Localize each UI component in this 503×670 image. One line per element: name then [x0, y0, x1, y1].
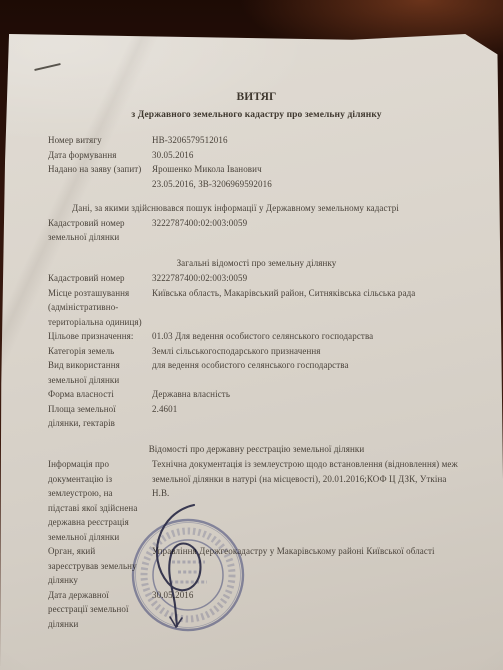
- field-label: Вид використання земельної ділянки: [48, 358, 152, 387]
- search-section-heading: Дані, за якими здійснювався пошук інформ…: [48, 201, 465, 216]
- field-row-area: Площа земельної ділянки, гектарів 2.4601: [48, 402, 465, 431]
- general-section-heading: Загальні відомості про земельну ділянку: [48, 256, 465, 271]
- field-label: Кадастровий номер земельної ділянки: [48, 216, 152, 245]
- seal-outer-ring: [133, 520, 243, 630]
- field-label: Категорія земель: [48, 344, 152, 359]
- field-label: Цільове призначення:: [48, 329, 152, 344]
- field-value: 01.03 Для ведення особистого селянського…: [152, 329, 465, 344]
- seal-outer-ring-inner-line: [136, 523, 241, 628]
- field-value: 3222787400:02:003:0059: [152, 216, 465, 245]
- field-row-use-type: Вид використання земельної ділянки для в…: [48, 358, 465, 387]
- field-label: Площа земельної ділянки, гектарів: [48, 402, 152, 431]
- field-value: для ведення особистого селянського госпо…: [152, 358, 465, 387]
- field-label: Дата формування: [48, 148, 152, 163]
- field-value: 3222787400:02:003:0059: [152, 271, 465, 286]
- field-row-designated-purpose: Цільове призначення: 01.03 Для ведення о…: [48, 329, 465, 344]
- field-value: 2.4601: [152, 402, 465, 431]
- general-rows: Кадастровий номер 3222787400:02:003:0059…: [48, 271, 465, 431]
- field-row-location: Місце розташування (адміністративно-тери…: [48, 286, 465, 330]
- document-subtitle: з Державного земельного кадастру про зем…: [48, 108, 465, 123]
- field-value: Ярошенко Микола Іванович 23.05.2016, ЗВ-…: [152, 162, 465, 191]
- field-row-requester: Надано на заяву (запит) Ярошенко Микола …: [48, 162, 465, 191]
- field-value: Київська область, Макарівський район, Си…: [152, 286, 465, 330]
- document-title: ВИТЯГ: [48, 90, 465, 105]
- field-value: 30.05.2016: [152, 148, 465, 163]
- field-row-formation-date: Дата формування 30.05.2016: [48, 148, 465, 163]
- round-seal-stamp: [112, 499, 264, 651]
- field-row-cadastral-number: Кадастровий номер 3222787400:02:003:0059: [48, 271, 465, 286]
- registration-section-heading: Відомості про державну реєстрацію земель…: [48, 442, 465, 457]
- field-label: Місце розташування (адміністративно-тери…: [48, 286, 152, 330]
- field-label: Форма власності: [48, 387, 152, 402]
- field-value: НВ-3206579512016: [152, 133, 465, 148]
- field-row-search-cadastral-number: Кадастровий номер земельної ділянки 3222…: [48, 216, 465, 245]
- field-value: Землі сільськогосподарського призначення: [152, 344, 465, 359]
- field-row-ownership-form: Форма власності Державна власність: [48, 387, 465, 402]
- field-value: Державна власність: [152, 387, 465, 402]
- field-label: Кадастровий номер: [48, 271, 152, 286]
- field-row-extract-number: Номер витягу НВ-3206579512016: [48, 133, 465, 148]
- intro-rows: Номер витягу НВ-3206579512016 Дата форму…: [48, 133, 465, 191]
- field-label: Надано на заяву (запит): [48, 162, 152, 191]
- field-row-land-category: Категорія земель Землі сільськогосподарс…: [48, 344, 465, 359]
- field-label: Номер витягу: [48, 133, 152, 148]
